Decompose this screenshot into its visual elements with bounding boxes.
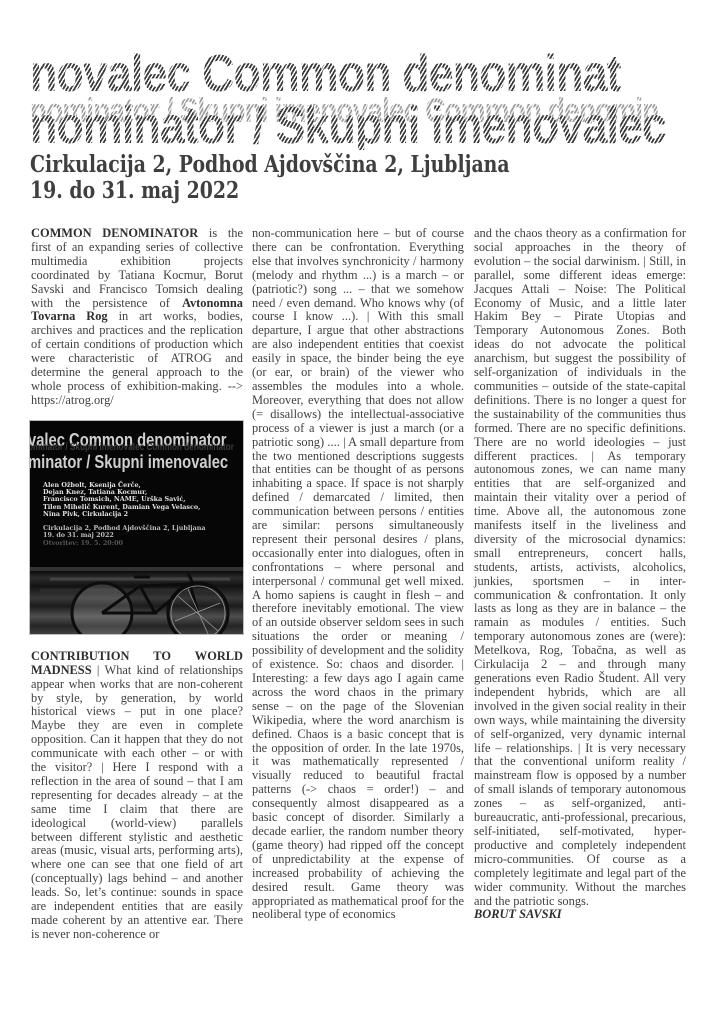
- poster-title-row-2: minator / Skupni imenovalec: [30, 453, 228, 471]
- artist-line: Nina Pivk, Cirkulacija 2: [43, 511, 200, 518]
- column-3: and the chaos theory as a confirmation f…: [474, 227, 686, 922]
- essay-paragraph-1: CONTRIBUTION TO WORLD MADNESS | What kin…: [31, 650, 243, 942]
- event-subtitle: Cirkulacija 2, Podhod Ajdovščina 2, Ljub…: [30, 152, 615, 204]
- banner-bottom-row: nominator / Skupni imenovalec: [30, 100, 666, 150]
- exhibition-poster-image: valec Common denominator ominator / Skup…: [30, 421, 243, 634]
- poster-artists: Alen Ožbolt, Ksenija Čerče, Dejan Knez, …: [43, 482, 200, 518]
- intro-paragraph: COMMON DENOMINATOR is the first of an ex…: [31, 227, 243, 408]
- intro-title: COMMON DENOMINATOR: [31, 226, 198, 240]
- poster-opening: Otvoritev: 19. 5. 20:00: [43, 540, 206, 547]
- venue-line: Cirkulacija 2, Podhod Ajdovščina 2, Ljub…: [30, 152, 510, 178]
- dates-line: 19. do 31. maj 2022: [30, 178, 510, 204]
- bicycle-icon: [30, 551, 243, 634]
- poster-venue-info: Cirkulacija 2, Podhod Ajdovščina 2, Ljub…: [43, 525, 206, 547]
- banner-top-row: novalec Common denominat: [30, 48, 621, 100]
- column-2: non-communication here – but of course t…: [252, 227, 464, 922]
- essay-col3-text: and the chaos theory as a confirmation f…: [474, 227, 686, 908]
- title-banner: nominator / Skupni imenovalec Common den…: [0, 48, 720, 150]
- essay-col1-text: | What kind of relationships appear when…: [31, 663, 243, 941]
- author-signature: BORUT SAVSKI: [474, 908, 686, 922]
- intro-text-2: in art works, bodies, archives and pract…: [31, 309, 243, 406]
- essay-col2-text: non-communication here – but of course t…: [252, 227, 464, 922]
